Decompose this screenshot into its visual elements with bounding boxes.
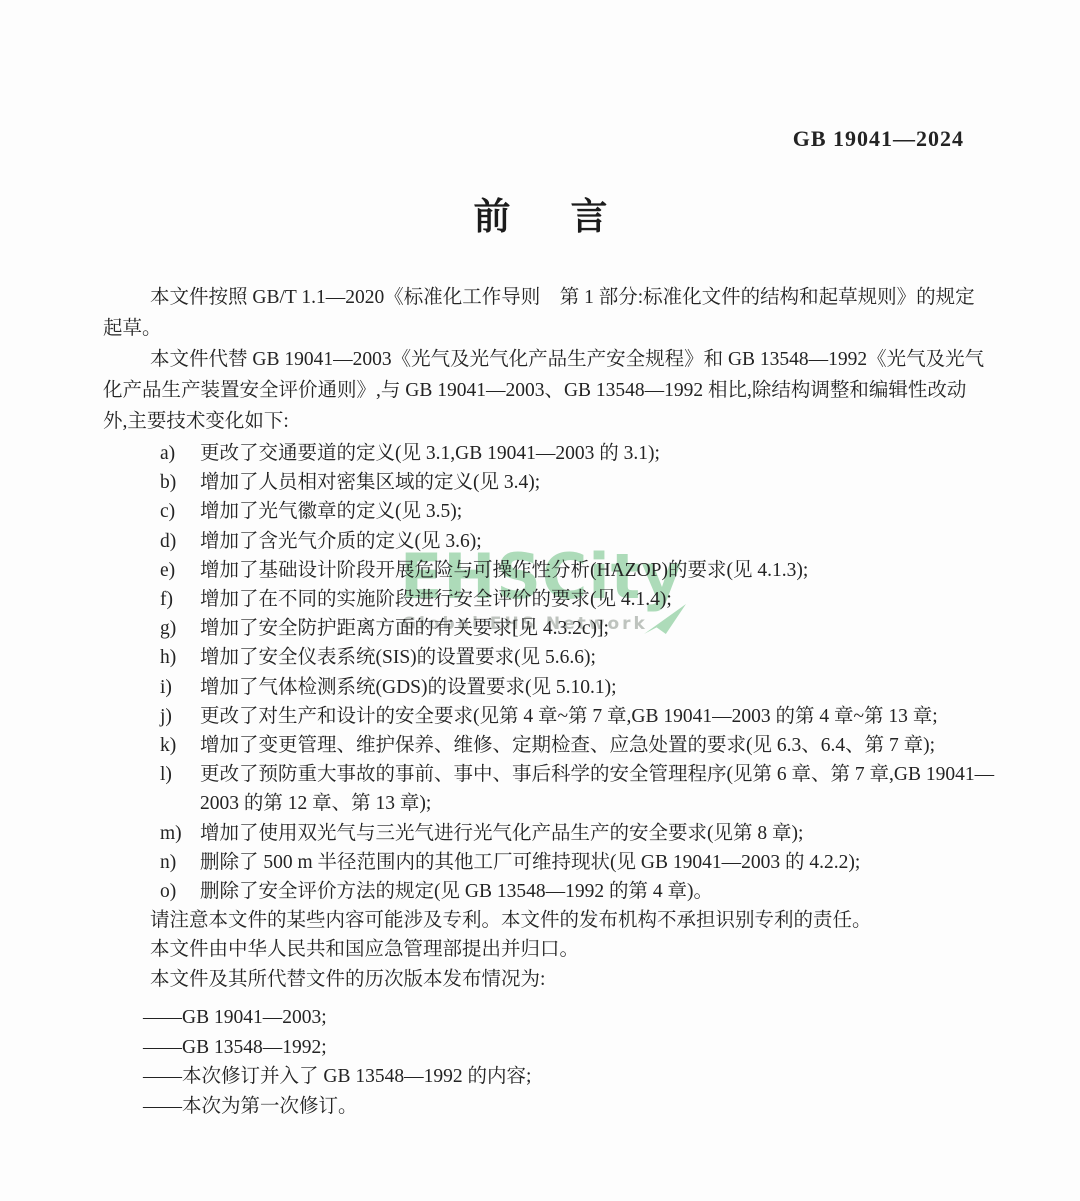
change-item: e)增加了基础设计阶段开展危险与可操作性分析(HAZOP)的要求(见 4.1.3… bbox=[103, 556, 978, 585]
change-item: h)增加了安全仪表系统(SIS)的设置要求(见 5.6.6); bbox=[103, 643, 978, 672]
history-item: ——本次修订并入了 GB 13548—1992 的内容; bbox=[103, 1062, 978, 1092]
change-item-text: 增加了人员相对密集区域的定义(见 3.4); bbox=[200, 472, 540, 493]
change-item-text: 删除了安全评价方法的规定(见 GB 13548—1992 的第 4 章)。 bbox=[200, 881, 713, 902]
change-item-text: 增加了安全防护距离方面的有关要求[见 4.3.2c)]; bbox=[200, 618, 609, 639]
change-item-label: d) bbox=[160, 527, 200, 556]
change-item: d)增加了含光气介质的定义(见 3.6); bbox=[103, 527, 978, 556]
change-item: o)删除了安全评价方法的规定(见 GB 13548—1992 的第 4 章)。 bbox=[103, 877, 978, 906]
change-item-text: 增加了含光气介质的定义(见 3.6); bbox=[200, 531, 482, 552]
paragraph-line: 本文件代替 GB 19041—2003《光气及光气化产品生产安全规程》和 GB … bbox=[103, 344, 978, 375]
history-item: ——本次为第一次修订。 bbox=[103, 1092, 978, 1122]
change-item-label: e) bbox=[160, 556, 200, 585]
change-item: m)增加了使用双光气与三光气进行光气化产品生产的安全要求(见第 8 章); bbox=[103, 819, 978, 848]
change-item-label: h) bbox=[160, 643, 200, 672]
change-item-text: 增加了使用双光气与三光气进行光气化产品生产的安全要求(见第 8 章); bbox=[200, 823, 803, 844]
change-item: a)更改了交通要道的定义(见 3.1,GB 19041—2003 的 3.1); bbox=[103, 439, 978, 468]
standard-number: GB 19041—2024 bbox=[103, 0, 978, 152]
change-item: g)增加了安全防护距离方面的有关要求[见 4.3.2c)]; bbox=[103, 614, 978, 643]
document-page: EHSCity Global EHS Network GB 19041—2024… bbox=[0, 0, 1080, 1201]
version-history-list: ——GB 19041—2003;——GB 13548—1992;——本次修订并入… bbox=[103, 1003, 978, 1122]
change-item-text: 增加了基础设计阶段开展危险与可操作性分析(HAZOP)的要求(见 4.1.3); bbox=[200, 560, 808, 581]
change-item: i)增加了气体检测系统(GDS)的设置要求(见 5.10.1); bbox=[103, 673, 978, 702]
change-item-label: b) bbox=[160, 468, 200, 497]
change-item-label: f) bbox=[160, 585, 200, 614]
change-item-label: g) bbox=[160, 614, 200, 643]
change-item-text: 增加了在不同的实施阶段进行安全评价的要求(见 4.1.4); bbox=[200, 589, 672, 610]
paragraph-line: 外,主要技术变化如下: bbox=[103, 406, 978, 437]
technical-change-list: a)更改了交通要道的定义(见 3.1,GB 19041—2003 的 3.1);… bbox=[103, 439, 978, 906]
title-char-left: 前 bbox=[474, 198, 511, 235]
change-item: k)增加了变更管理、维护保养、维修、定期检查、应急处置的要求(见 6.3、6.4… bbox=[103, 731, 978, 760]
change-item-text: 增加了气体检测系统(GDS)的设置要求(见 5.10.1); bbox=[200, 677, 617, 698]
change-item-label: i) bbox=[160, 673, 200, 702]
intro-paragraphs: 本文件按照 GB/T 1.1—2020《标准化工作导则 第 1 部分:标准化文件… bbox=[103, 282, 978, 437]
change-item-text: 更改了对生产和设计的安全要求(见第 4 章~第 7 章,GB 19041—200… bbox=[200, 706, 938, 727]
change-item: j)更改了对生产和设计的安全要求(见第 4 章~第 7 章,GB 19041—2… bbox=[103, 702, 978, 731]
change-item: f)增加了在不同的实施阶段进行安全评价的要求(见 4.1.4); bbox=[103, 585, 978, 614]
change-item: b)增加了人员相对密集区域的定义(见 3.4); bbox=[103, 468, 978, 497]
closing-paragraphs: 请注意本文件的某些内容可能涉及专利。本文件的发布机构不承担识别专利的责任。本文件… bbox=[103, 906, 978, 994]
change-item: c)增加了光气徽章的定义(见 3.5); bbox=[103, 497, 978, 526]
change-item-text: 增加了安全仪表系统(SIS)的设置要求(见 5.6.6); bbox=[200, 647, 596, 668]
page-content: GB 19041—2024 前 言 本文件按照 GB/T 1.1—2020《标准… bbox=[0, 0, 1080, 1122]
history-item: ——GB 19041—2003; bbox=[103, 1003, 978, 1033]
change-item-continuation: 2003 的第 12 章、第 13 章); bbox=[103, 789, 978, 818]
change-item-label: o) bbox=[160, 877, 200, 906]
change-item-label: m) bbox=[160, 819, 200, 848]
change-item-text: 更改了交通要道的定义(见 3.1,GB 19041—2003 的 3.1); bbox=[200, 443, 660, 464]
change-item-label: c) bbox=[160, 497, 200, 526]
paragraph-line: 本文件按照 GB/T 1.1—2020《标准化工作导则 第 1 部分:标准化文件… bbox=[103, 282, 978, 313]
closing-paragraph: 本文件及其所代替文件的历次版本发布情况为: bbox=[103, 965, 978, 994]
change-item-text: 增加了光气徽章的定义(见 3.5); bbox=[200, 501, 462, 522]
closing-paragraph: 本文件由中华人民共和国应急管理部提出并归口。 bbox=[103, 935, 978, 964]
paragraph-line: 起草。 bbox=[103, 313, 978, 344]
change-item-label: n) bbox=[160, 848, 200, 877]
change-item: n)删除了 500 m 半径范围内的其他工厂可维持现状(见 GB 19041—2… bbox=[103, 848, 978, 877]
history-item: ——GB 13548—1992; bbox=[103, 1033, 978, 1063]
closing-paragraph: 请注意本文件的某些内容可能涉及专利。本文件的发布机构不承担识别专利的责任。 bbox=[103, 906, 978, 935]
change-item: l)更改了预防重大事故的事前、事中、事后科学的安全管理程序(见第 6 章、第 7… bbox=[103, 760, 978, 789]
change-item-label: k) bbox=[160, 731, 200, 760]
change-item-label: l) bbox=[160, 760, 200, 789]
change-item-label: j) bbox=[160, 702, 200, 731]
change-item-text: 删除了 500 m 半径范围内的其他工厂可维持现状(见 GB 19041—200… bbox=[200, 852, 860, 873]
title-char-right: 言 bbox=[571, 198, 608, 235]
page-title: 前 言 bbox=[103, 198, 978, 235]
paragraph-line: 化产品生产装置安全评价通则》,与 GB 19041—2003、GB 13548—… bbox=[103, 375, 978, 406]
change-item-label: a) bbox=[160, 439, 200, 468]
change-item-text: 更改了预防重大事故的事前、事中、事后科学的安全管理程序(见第 6 章、第 7 章… bbox=[200, 764, 994, 785]
change-item-text: 增加了变更管理、维护保养、维修、定期检查、应急处置的要求(见 6.3、6.4、第… bbox=[200, 735, 935, 756]
